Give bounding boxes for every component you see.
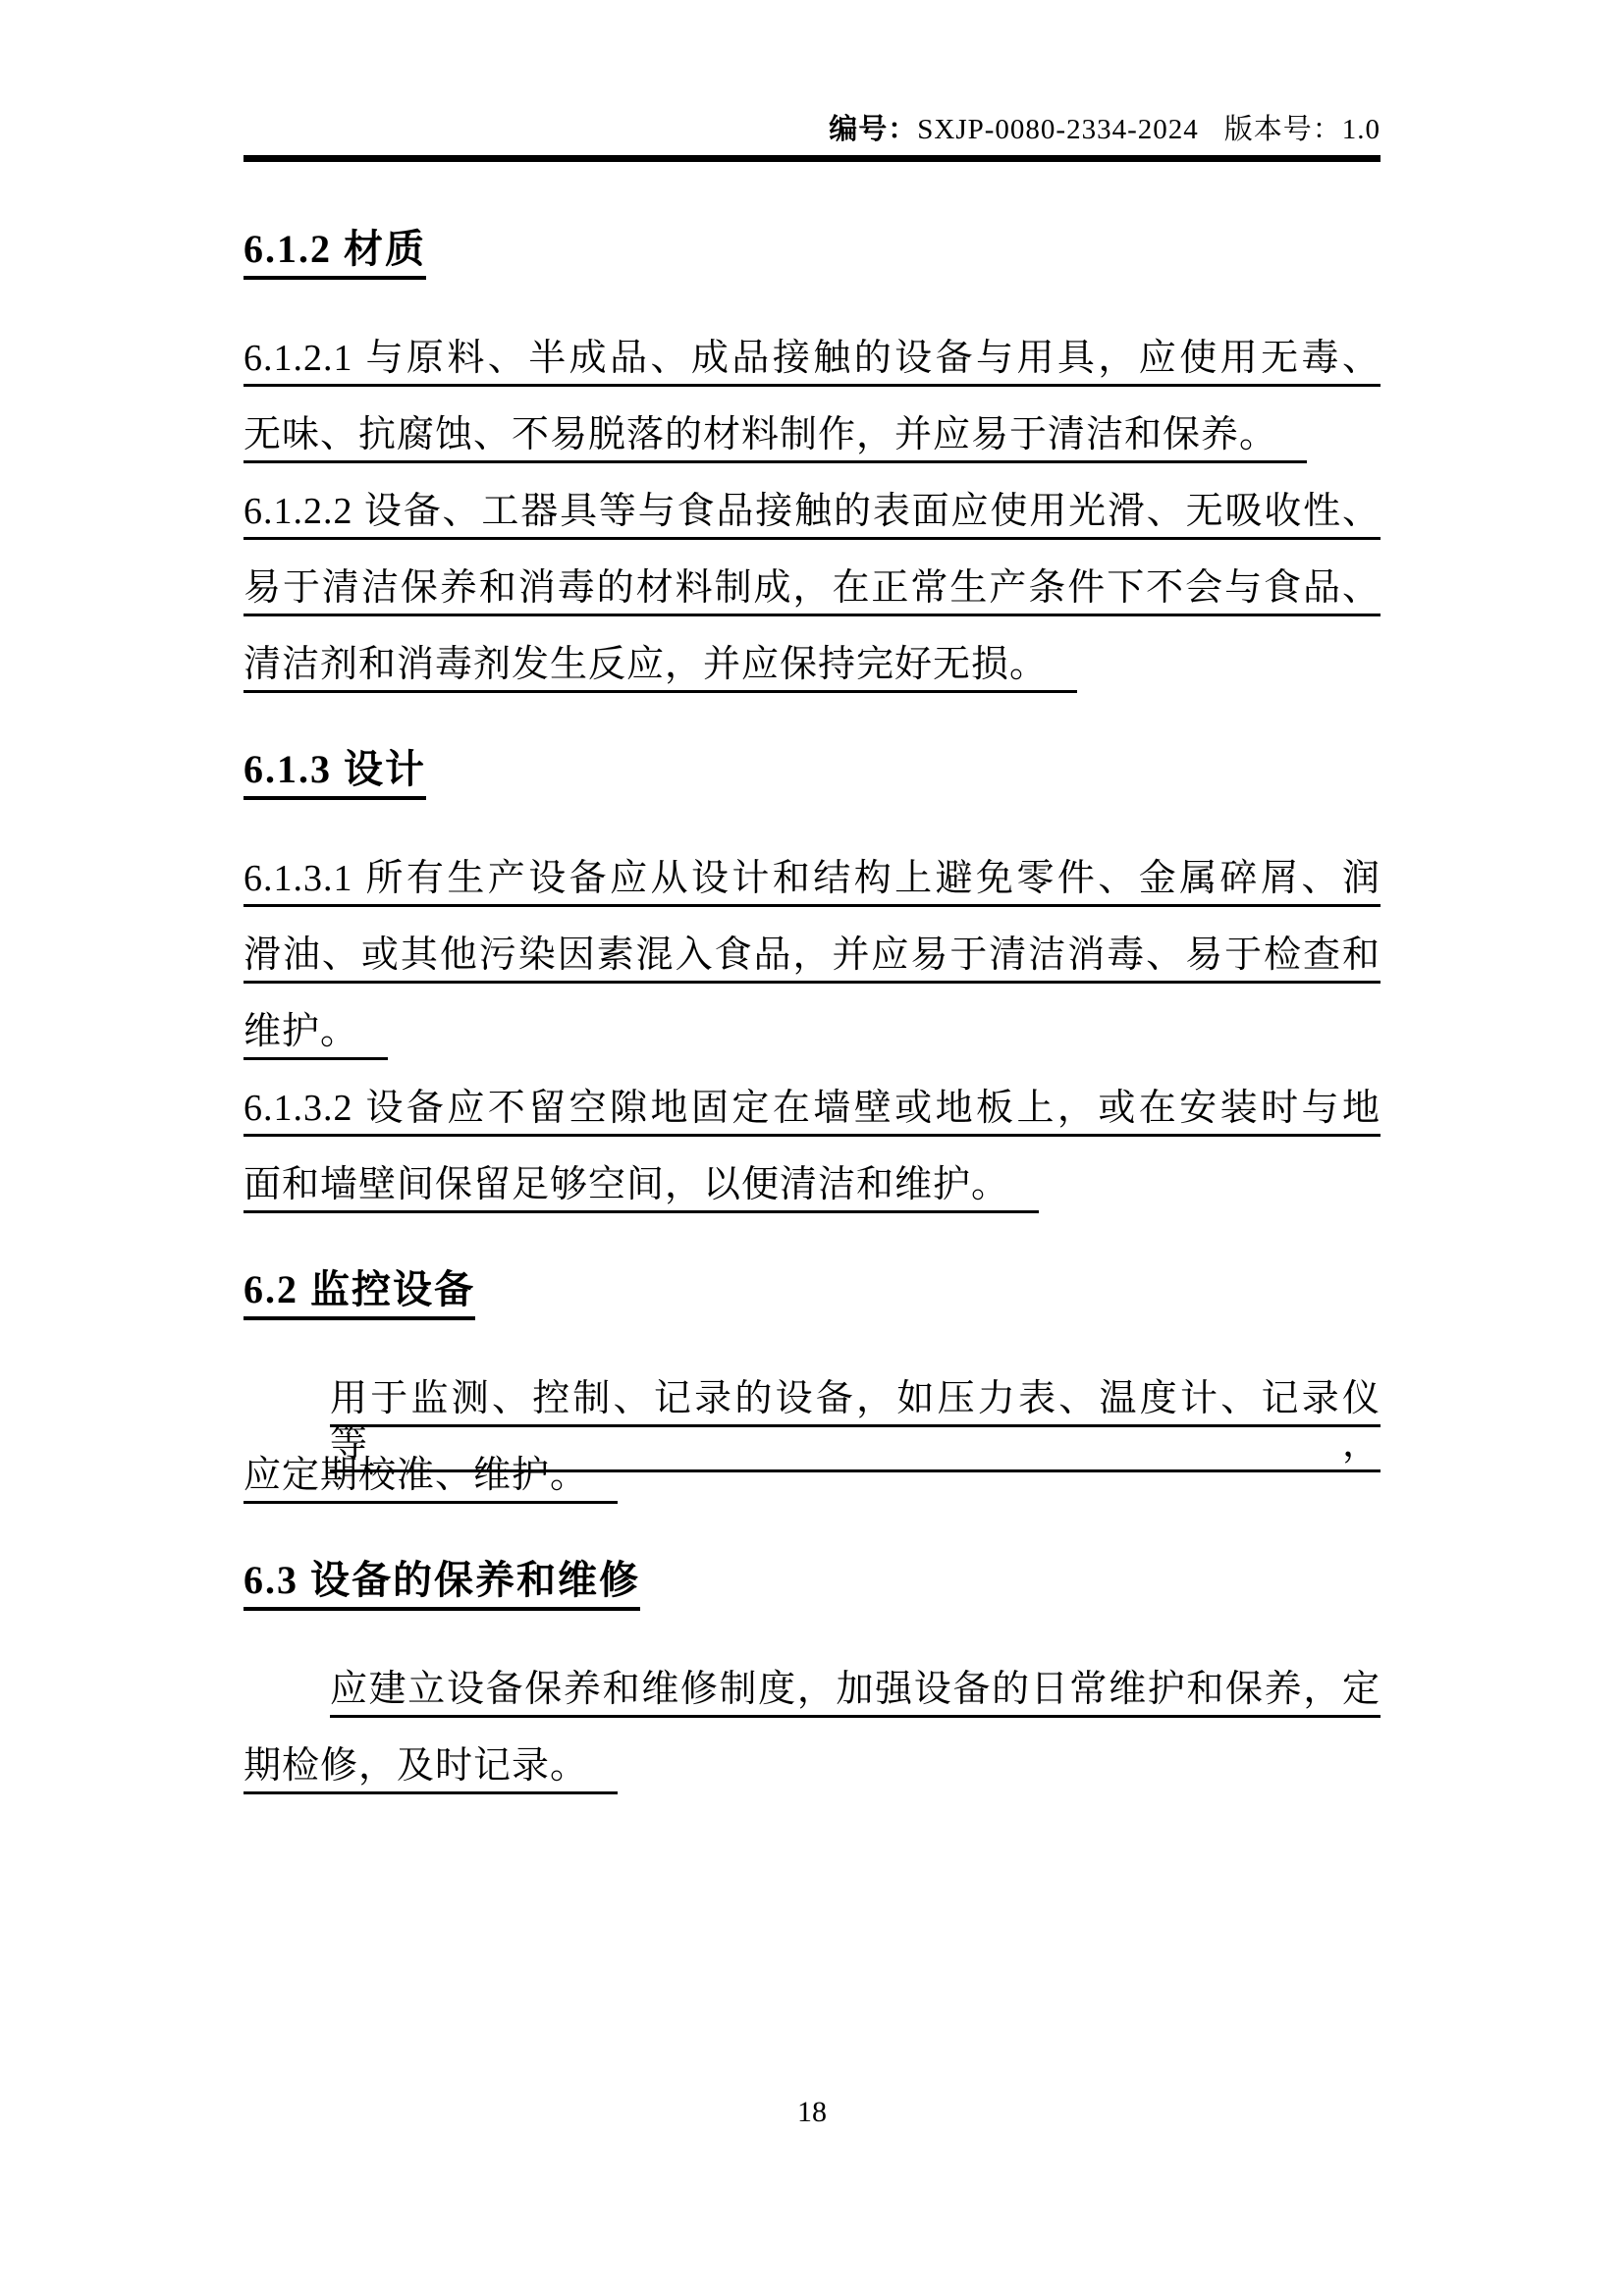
text-line: 易于清洁保养和消毒的材料制成，在正常生产条件下不会与食品、 bbox=[244, 565, 1380, 611]
paragraph: 6.1.2.2 设备、工器具等与食品接触的表面应使用光滑、无吸收性、易于清洁保养… bbox=[244, 489, 1380, 687]
text-line-content: 6.1.3.2 设备应不留空隙地固定在墙壁或地板上，或在安装时与地 bbox=[244, 1088, 1380, 1137]
section-heading-text: 6.1.3 设计 bbox=[244, 747, 426, 800]
header-rule bbox=[244, 155, 1380, 162]
doc-version-label: 版本号： bbox=[1224, 114, 1342, 145]
section-heading: 6.1.3 设计 bbox=[244, 746, 1380, 797]
text-line: 滑油、或其他污染因素混入食品，并应易于清洁消毒、易于检查和 bbox=[244, 933, 1380, 978]
text-line: 维护。 bbox=[244, 1009, 1380, 1054]
text-line-content: 期检修，及时记录。 bbox=[244, 1745, 618, 1794]
paragraph: 用于监测、控制、记录的设备，如压力表、温度计、记录仪等，应定期校准、维护。 bbox=[244, 1376, 1380, 1498]
text-line: 面和墙壁间保留足够空间，以便清洁和维护。 bbox=[244, 1162, 1380, 1207]
doc-version-value: 1.0 bbox=[1342, 114, 1380, 145]
paragraph: 6.1.3.1 所有生产设备应从设计和结构上避免零件、金属碎屑、润滑油、或其他污… bbox=[244, 856, 1380, 1054]
section-heading-text: 6.2 监控设备 bbox=[244, 1267, 475, 1320]
section-heading: 6.3 设备的保养和维修 bbox=[244, 1557, 1380, 1608]
paragraph: 6.1.2.1 与原料、半成品、成品接触的设备与用具，应使用无毒、无味、抗腐蚀、… bbox=[244, 336, 1380, 457]
text-line: 清洁剂和消毒剂发生反应，并应保持完好无损。 bbox=[244, 642, 1380, 687]
text-line-content: 易于清洁保养和消毒的材料制成，在正常生产条件下不会与食品、 bbox=[244, 567, 1380, 616]
text-line: 6.1.2.1 与原料、半成品、成品接触的设备与用具，应使用无毒、 bbox=[244, 336, 1380, 381]
text-line-content: 面和墙壁间保留足够空间，以便清洁和维护。 bbox=[244, 1164, 1039, 1213]
text-line: 应建立设备保养和维修制度，加强设备的日常维护和保养，定 bbox=[244, 1667, 1380, 1712]
text-line-content: 无味、抗腐蚀、不易脱落的材料制作，并应易于清洁和保养。 bbox=[244, 414, 1307, 463]
text-line: 期检修，及时记录。 bbox=[244, 1743, 1380, 1789]
section-heading-text: 6.1.2 材质 bbox=[244, 227, 426, 280]
document-page: 编号：SXJP-0080-2334-2024版本号：1.0 6.1.2 材质6.… bbox=[0, 0, 1624, 2296]
paragraph: 6.1.3.2 设备应不留空隙地固定在墙壁或地板上，或在安装时与地面和墙壁间保留… bbox=[244, 1086, 1380, 1207]
text-line-content: 滑油、或其他污染因素混入食品，并应易于清洁消毒、易于检查和 bbox=[244, 934, 1380, 984]
text-line-content: 6.1.3.1 所有生产设备应从设计和结构上避免零件、金属碎屑、润 bbox=[244, 858, 1380, 907]
text-line-content: 维护。 bbox=[244, 1011, 388, 1060]
doc-number-value: SXJP-0080-2334-2024 bbox=[917, 114, 1198, 145]
section-heading: 6.2 监控设备 bbox=[244, 1266, 1380, 1317]
section-heading-text: 6.3 设备的保养和维修 bbox=[244, 1558, 640, 1611]
document-content: 6.1.2 材质6.1.2.1 与原料、半成品、成品接触的设备与用具，应使用无毒… bbox=[244, 167, 1380, 1820]
text-line: 用于监测、控制、记录的设备，如压力表、温度计、记录仪等， bbox=[244, 1376, 1380, 1421]
paragraph: 应建立设备保养和维修制度，加强设备的日常维护和保养，定期检修，及时记录。 bbox=[244, 1667, 1380, 1789]
text-line: 6.1.3.1 所有生产设备应从设计和结构上避免零件、金属碎屑、润 bbox=[244, 856, 1380, 901]
page-header: 编号：SXJP-0080-2334-2024版本号：1.0 bbox=[829, 110, 1380, 149]
text-line-content: 清洁剂和消毒剂发生反应，并应保持完好无损。 bbox=[244, 644, 1077, 693]
text-line-content: 应建立设备保养和维修制度，加强设备的日常维护和保养，定 bbox=[330, 1669, 1380, 1718]
text-line-content: 应定期校准、维护。 bbox=[244, 1455, 618, 1504]
section-heading: 6.1.2 材质 bbox=[244, 226, 1380, 277]
text-line: 6.1.2.2 设备、工器具等与食品接触的表面应使用光滑、无吸收性、 bbox=[244, 489, 1380, 534]
text-line: 6.1.3.2 设备应不留空隙地固定在墙壁或地板上，或在安装时与地 bbox=[244, 1086, 1380, 1131]
text-line: 无味、抗腐蚀、不易脱落的材料制作，并应易于清洁和保养。 bbox=[244, 412, 1380, 457]
text-line-content: 6.1.2.2 设备、工器具等与食品接触的表面应使用光滑、无吸收性、 bbox=[244, 491, 1380, 540]
text-line-content: 6.1.2.1 与原料、半成品、成品接触的设备与用具，应使用无毒、 bbox=[244, 338, 1380, 387]
page-number: 18 bbox=[0, 2095, 1624, 2130]
doc-number-label: 编号： bbox=[829, 114, 917, 145]
